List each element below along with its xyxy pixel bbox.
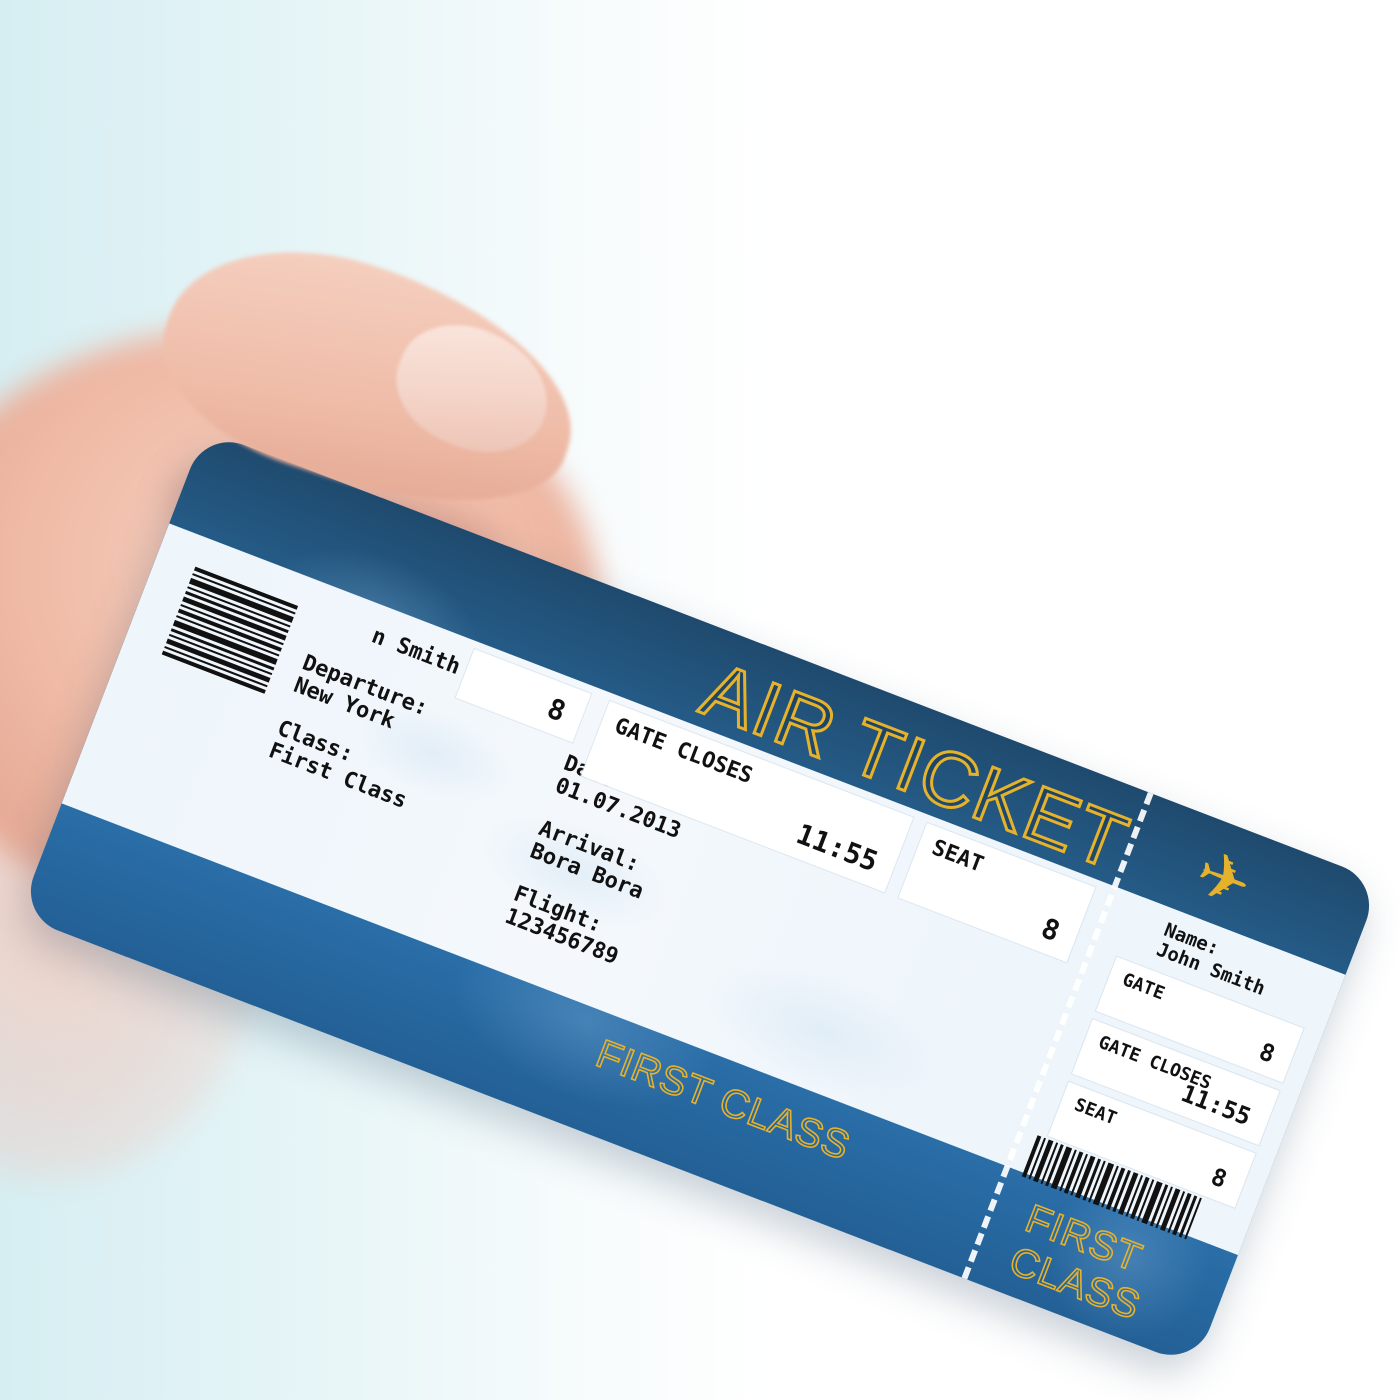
- thumbnail: [379, 305, 567, 472]
- photo-scene: AIR TICKET ✈ n Smith Departure: New York…: [0, 0, 1400, 1400]
- air-ticket: AIR TICKET ✈ n Smith Departure: New York…: [19, 430, 1382, 1367]
